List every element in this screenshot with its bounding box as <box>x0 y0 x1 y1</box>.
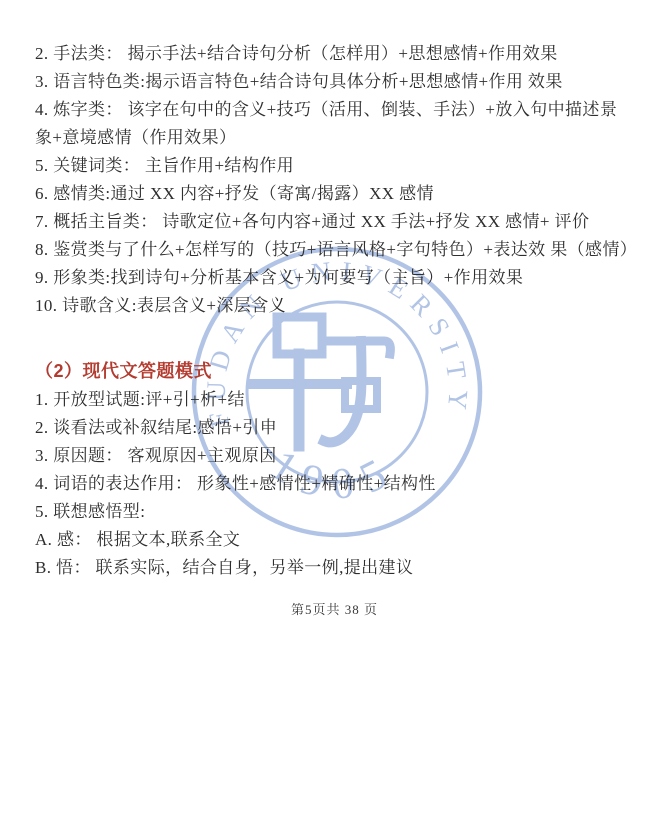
poetry-item: 8. 鉴赏类与了什么+怎样写的（技巧+语言风格+字句特色）+表达效 果（感情） <box>35 236 634 264</box>
modern-item: B. 悟： 联系实际，结合自身，另举一例,提出建议 <box>35 554 634 582</box>
modern-item: A. 感： 根据文本,联系全文 <box>35 526 634 554</box>
modern-item: 5. 联想感悟型: <box>35 498 634 526</box>
modern-item: 4. 词语的表达作用： 形象性+感情性+精确性+结构性 <box>35 470 634 498</box>
footer-page-number: 第5页共 38 页 <box>35 600 634 620</box>
poetry-item: 5. 关键词类： 主旨作用+结构作用 <box>35 152 634 180</box>
poetry-item: 4. 炼字类： 该字在句中的含义+技巧（活用、倒装、手法）+放入句中描述景象+意… <box>35 96 634 152</box>
modern-item: 3. 原因题： 客观原因+主观原因 <box>35 442 634 470</box>
modern-item: 1. 开放型试题:评+引+析+结 <box>35 386 634 414</box>
poetry-item: 9. 形象类:找到诗句+分析基本含义+为何要写（主旨）+作用效果 <box>35 264 634 292</box>
modern-item: 2. 谈看法或补叙结尾:感悟+引申 <box>35 414 634 442</box>
modern-section-heading: （2）现代文答题模式 <box>35 356 634 386</box>
poetry-item: 3. 语言特色类:揭示语言特色+结合诗句具体分析+思想感情+作用 效果 <box>35 68 634 96</box>
poetry-item: 10. 诗歌含义:表层含义+深层含义 <box>35 292 634 320</box>
document-page: FUDAN UNIVERSITY 1905 2. 手法类： 揭示手法+结合诗句分… <box>0 0 660 817</box>
poetry-item: 2. 手法类： 揭示手法+结合诗句分析（怎样用）+思想感情+作用效果 <box>35 40 634 68</box>
page-content: 2. 手法类： 揭示手法+结合诗句分析（怎样用）+思想感情+作用效果 3. 语言… <box>0 0 660 620</box>
poetry-item: 7. 概括主旨类： 诗歌定位+各句内容+通过 XX 手法+抒发 XX 感情+ 评… <box>35 208 634 236</box>
poetry-item: 6. 感情类:通过 XX 内容+抒发（寄寓/揭露）XX 感情 <box>35 180 634 208</box>
